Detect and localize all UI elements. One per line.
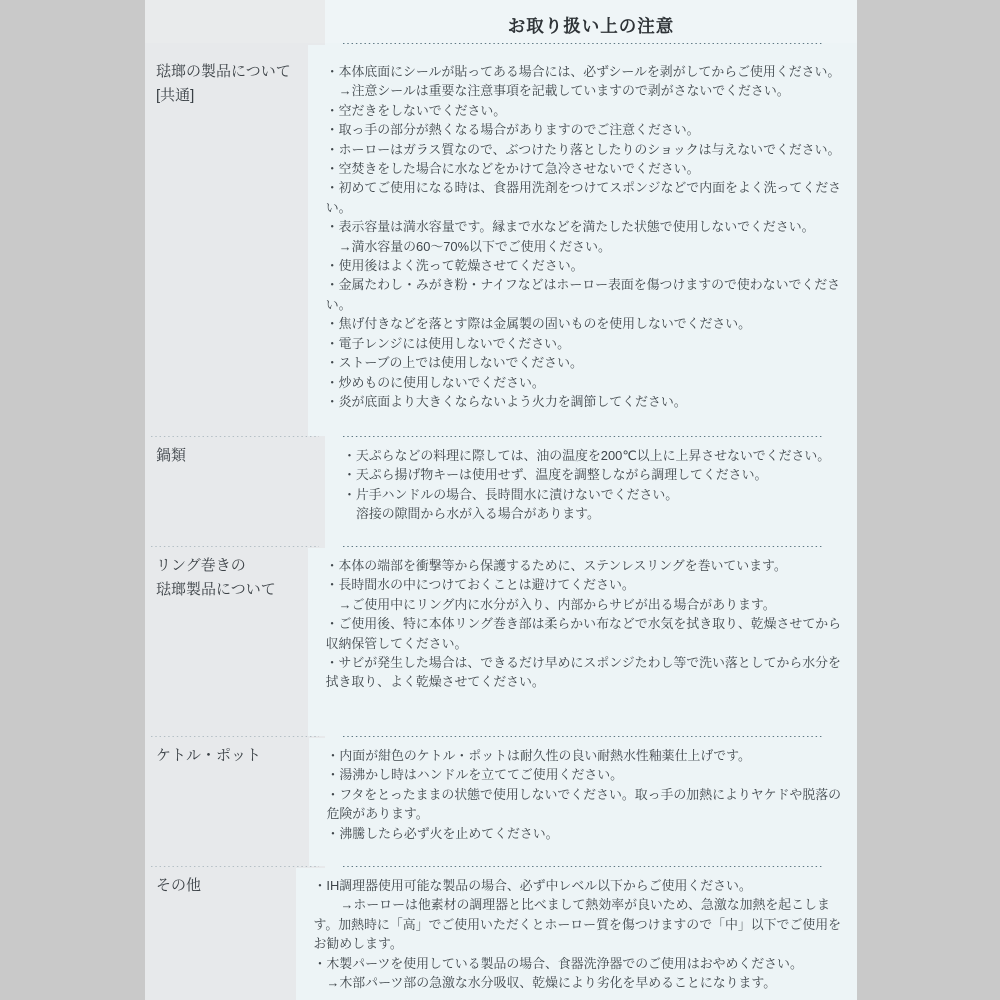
bullet-line: ・内面が紺色のケトル・ポットは耐久性の良い耐熱水性釉薬仕上げです。 (327, 746, 841, 765)
section-label-others: その他 (145, 868, 296, 1000)
bullet-line: ・金属たわし・みがき粉・ナイフなどはホーロー表面を傷つけますので使わないでくださ (326, 275, 841, 294)
section-label-ring-wrapped-enamel-products: リング巻きの琺瑯製品について (145, 548, 308, 736)
bullet-line: ・フタをとったままの状態で使用しないでください。取っ手の加熱によりヤケドや脱落の (327, 785, 841, 804)
arrow-note-line: →ホーローは他素材の調理器と比べまして熱効率が良いため、急激な加熱を起こしま (314, 895, 841, 914)
section-label-line: 琺瑯の製品について (156, 60, 302, 84)
section-body-kettle-pot: ・内面が紺色のケトル・ポットは耐久性の良い耐熱水性釉薬仕上げです。・湯沸かし時は… (309, 738, 857, 866)
content-root: お取り扱い上の注意 琺瑯の製品について[共通]・本体底面にシールが貼ってある場合… (145, 0, 857, 1000)
continuation-line: い。 (326, 198, 841, 217)
arrow-note-line: →木部パーツ部の急激な水分吸収、乾燥により劣化を早めることになります。 (314, 973, 841, 992)
section-body-others: ・IH調理器使用可能な製品の場合、必ず中レベル以下からご使用ください。→ホーロー… (296, 868, 857, 1000)
section-pots: 鍋類・天ぷらなどの料理に際しては、油の温度を200℃以上に上昇させないでください… (145, 438, 857, 546)
page-root: お取り扱い上の注意 琺瑯の製品について[共通]・本体底面にシールが貼ってある場合… (0, 0, 1000, 1000)
header-sidebar-spacer (145, 0, 325, 43)
section-kettle-pot: ケトル・ポット・内面が紺色のケトル・ポットは耐久性の良い耐熱水性釉薬仕上げです。… (145, 738, 857, 866)
bullet-line: ・空焚きをした場合に水などをかけて急冷させないでください。 (326, 159, 841, 178)
continuation-line: い。 (326, 295, 841, 314)
section-others: その他・IH調理器使用可能な製品の場合、必ず中レベル以下からご使用ください。→ホ… (145, 868, 857, 1000)
section-label-line: その他 (156, 874, 290, 898)
bullet-line: ・天ぷら揚げ物キーは使用せず、温度を調整しながら調理してください。 (343, 465, 841, 484)
continuation-line: す。加熱時に「高」でご使用いただくとホーロー質を傷つけますので「中」以下でご使用… (314, 915, 841, 934)
section-label-kettle-pot: ケトル・ポット (145, 738, 309, 866)
bullet-line: ・本体底面にシールが貼ってある場合には、必ずシールを剥がしてからご使用ください。 (326, 62, 841, 81)
section-body-pots: ・天ぷらなどの料理に際しては、油の温度を200℃以上に上昇させないでください。・… (325, 438, 857, 546)
section-label-line: ケトル・ポット (156, 744, 303, 768)
dotted-rule (151, 866, 319, 868)
bullet-line: ・炎が底面より大きくならないよう火力を調節してください。 (326, 392, 841, 411)
arrow-note-line: →注意シールは重要な注意事項を記載していますので剥がさないでください。 (326, 81, 841, 100)
section-label-pots: 鍋類 (145, 438, 325, 546)
page-title: お取り扱い上の注意 (508, 13, 675, 38)
continuation-line: 拭き取り、よく乾燥させてください。 (326, 672, 841, 691)
dotted-rule (151, 436, 319, 438)
bullet-line: ・IH調理器使用可能な製品の場合、必ず中レベル以下からご使用ください。 (314, 876, 841, 895)
dotted-rule (151, 736, 319, 738)
continuation-line: 収納保管してください。 (326, 634, 841, 653)
header-title-area: お取り扱い上の注意 (325, 0, 857, 43)
section-body-enamel-products-common: ・本体底面にシールが貼ってある場合には、必ずシールを剥がしてからご使用ください。… (308, 45, 857, 436)
section-label-line: リング巻きの (156, 554, 302, 578)
bullet-line: ・初めてご使用になる時は、食器用洗剤をつけてスポンジなどで内面をよく洗ってくださ (326, 178, 841, 197)
bullet-line: ・木製パーツを使用している製品の場合、食器洗浄器でのご使用はおやめください。 (314, 954, 841, 973)
section-label-line: 鍋類 (156, 444, 319, 468)
section-label-line: 琺瑯製品について (156, 578, 302, 602)
bullet-line: ・ストーブの上では使用しないでください。 (326, 353, 841, 372)
continuation-line: 溶接の隙間から水が入る場合があります。 (343, 504, 841, 523)
section-label-line: [共通] (156, 84, 302, 108)
bullet-line: ・本体の端部を衝撃等から保護するために、ステンレスリングを巻いています。 (326, 556, 841, 575)
dotted-rule (151, 546, 319, 548)
section-ring-wrapped-enamel-products: リング巻きの琺瑯製品について・本体の端部を衝撃等から保護するために、ステンレスリ… (145, 548, 857, 736)
continuation-line: 危険があります。 (327, 804, 841, 823)
document-header: お取り扱い上の注意 (145, 0, 857, 43)
bullet-line: ・湯沸かし時はハンドルを立ててご使用ください。 (327, 765, 841, 784)
bullet-line: ・ご使用後、特に本体リング巻き部は柔らかい布などで水気を拭き取り、乾燥させてから (326, 614, 841, 633)
bullet-line: ・表示容量は満水容量です。縁まで水などを満たした状態で使用しないでください。 (326, 217, 841, 236)
bullet-line: ・ホーローはガラス質なので、ぶつけたり落としたりのショックは与えないでください。 (326, 140, 841, 159)
bullet-line: ・取っ手の部分が熱くなる場合がありますのでご注意ください。 (326, 120, 841, 139)
bullet-line: ・沸騰したら必ず火を止めてください。 (327, 824, 841, 843)
arrow-note-line: →ご使用中にリング内に水分が入り、内部からサビが出る場合があります。 (326, 595, 841, 614)
bullet-line: ・長時間水の中につけておくことは避けてください。 (326, 575, 841, 594)
bullet-line: ・炒めものに使用しないでください。 (326, 373, 841, 392)
bullet-line: ・空だきをしないでください。 (326, 101, 841, 120)
bullet-line: ・天ぷらなどの料理に際しては、油の温度を200℃以上に上昇させないでください。 (343, 446, 841, 465)
arrow-note-line: →満水容量の60〜70%以下でご使用ください。 (326, 237, 841, 256)
section-enamel-products-common: 琺瑯の製品について[共通]・本体底面にシールが貼ってある場合には、必ずシールを剥… (145, 45, 857, 436)
bullet-line: ・焦げ付きなどを落とす際は金属製の固いものを使用しないでください。 (326, 314, 841, 333)
bullet-line: ・サビが発生した場合は、できるだけ早めにスポンジたわし等で洗い落としてから水分を (326, 653, 841, 672)
divider-sidebar-segment (145, 436, 325, 438)
section-label-enamel-products-common: 琺瑯の製品について[共通] (145, 45, 308, 436)
bullet-line: ・電子レンジには使用しないでください。 (326, 334, 841, 353)
continuation-line: お勧めします。 (314, 934, 841, 953)
divider-sidebar-segment (145, 866, 325, 868)
bullet-line: ・使用後はよく洗って乾燥させてください。 (326, 256, 841, 275)
bullet-line: ・片手ハンドルの場合、長時間水に漬けないでください。 (343, 485, 841, 504)
divider-sidebar-segment (145, 546, 325, 548)
section-body-ring-wrapped-enamel-products: ・本体の端部を衝撃等から保護するために、ステンレスリングを巻いています。・長時間… (308, 548, 857, 736)
divider-sidebar-segment (145, 736, 325, 738)
